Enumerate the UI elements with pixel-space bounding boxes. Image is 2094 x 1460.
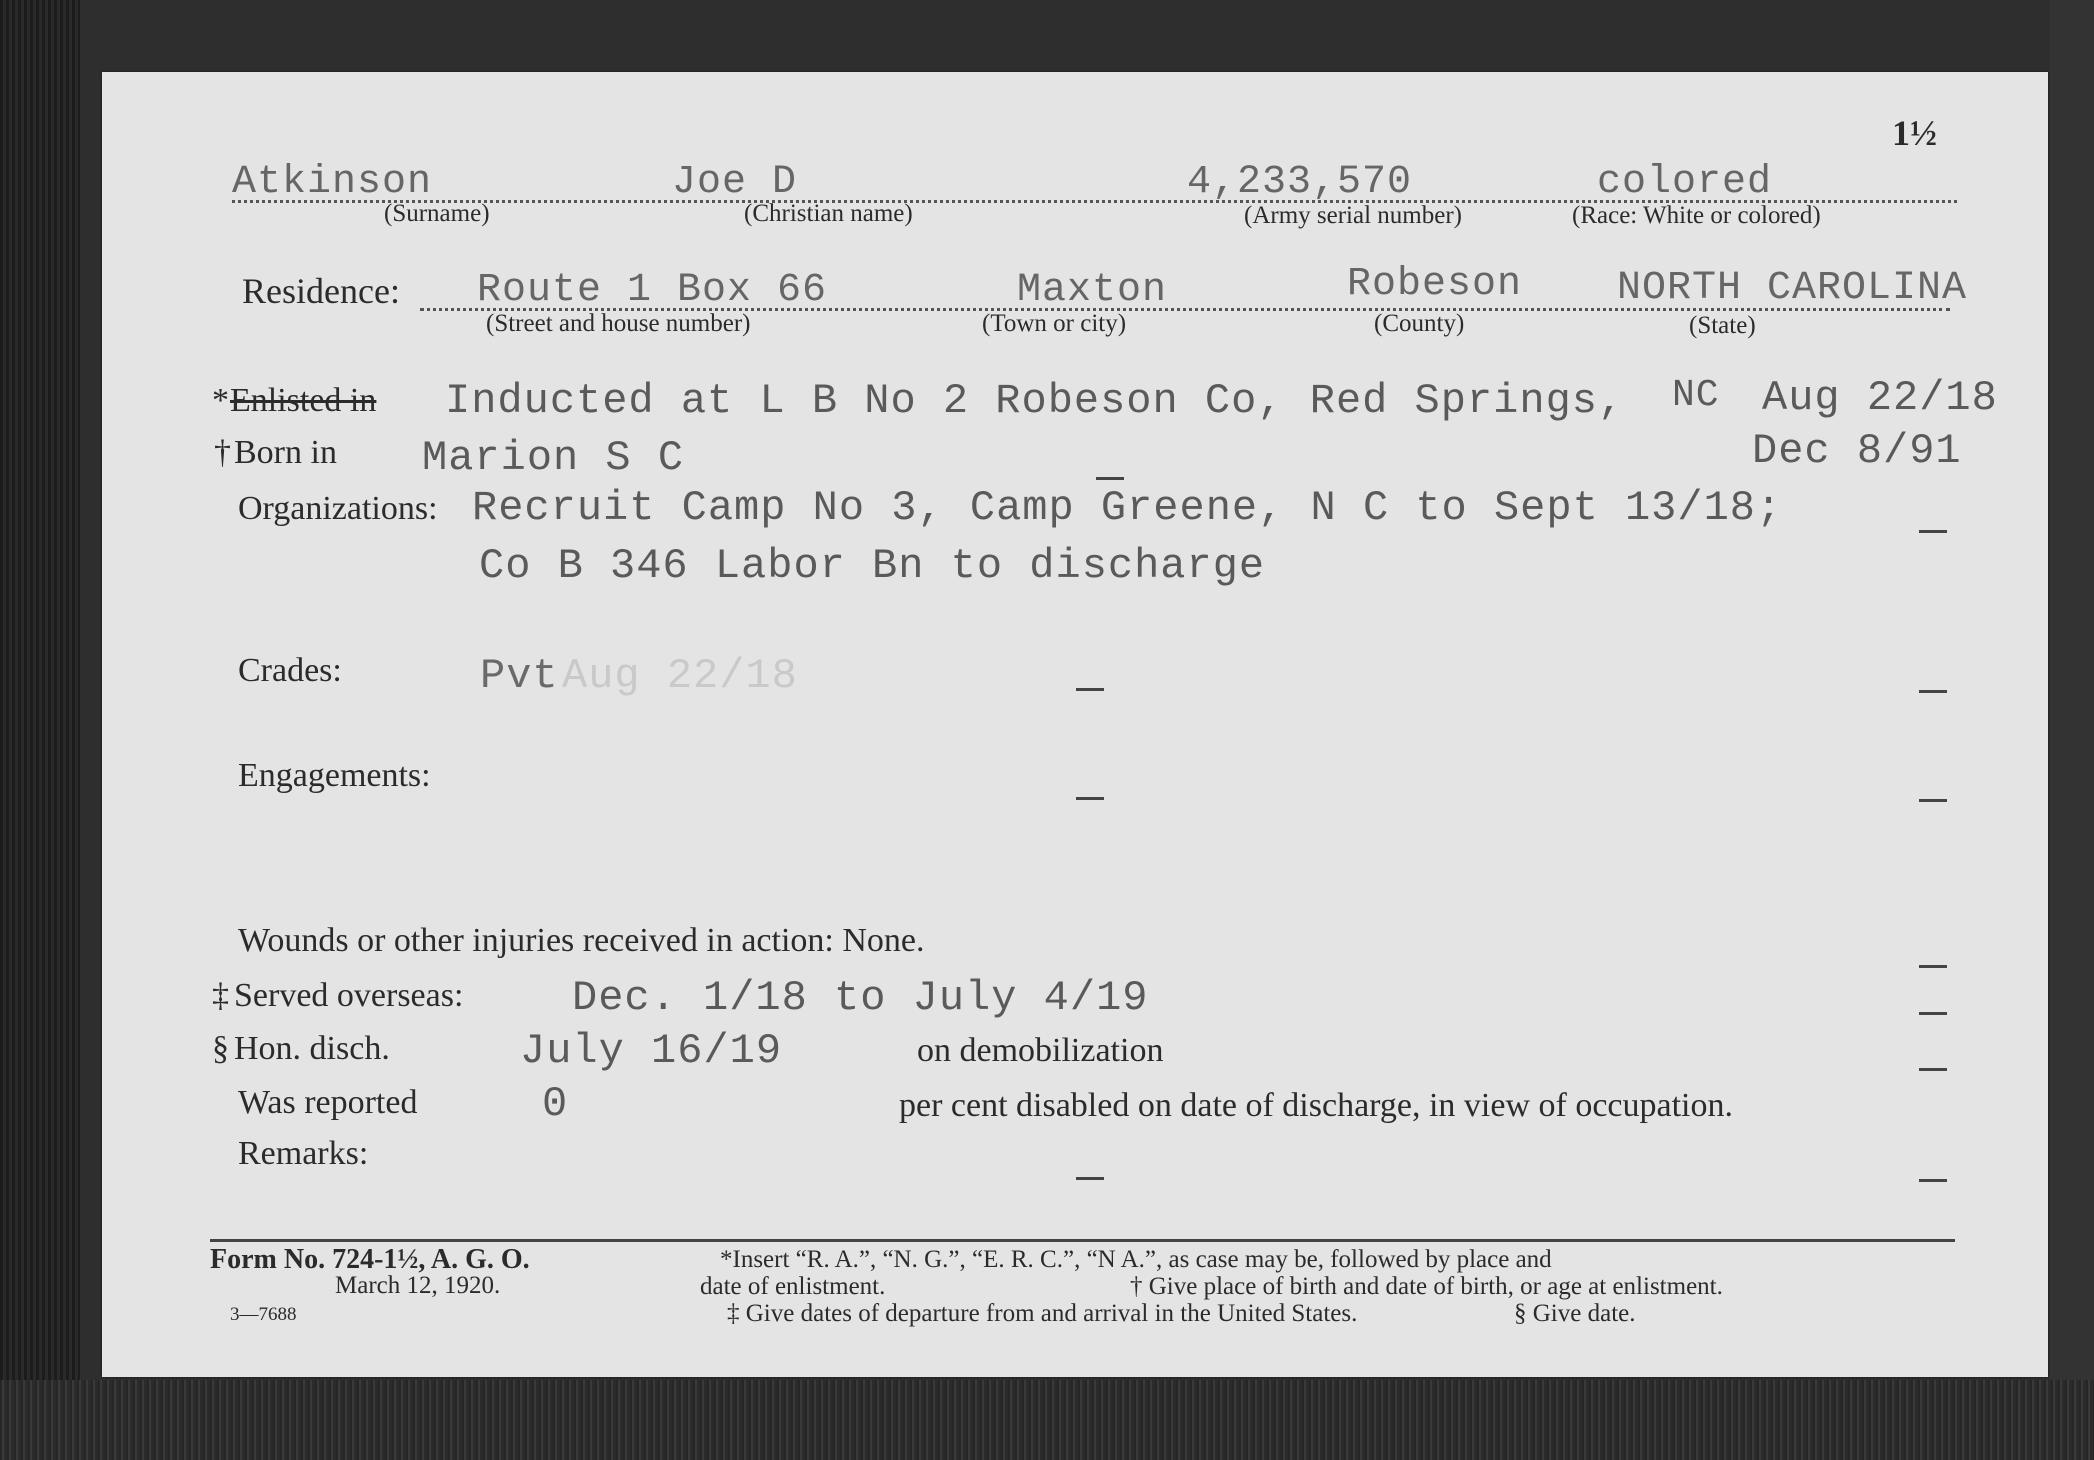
overseas-label: Served overseas:	[234, 977, 463, 1015]
overseas-marker: ‡	[212, 977, 229, 1015]
footnote-double-dagger: ‡ Give dates of departure from and arriv…	[727, 1300, 1357, 1328]
born-marker: †	[214, 434, 231, 472]
grades-middle-dash	[1076, 688, 1104, 691]
enlisted-value: Inducted at L B No 2 Robeson Co, Red Spr…	[445, 377, 1624, 425]
town-value: Maxton	[1017, 268, 1167, 313]
born-label: Born in	[234, 434, 337, 472]
race-value: colored	[1597, 160, 1772, 205]
discharge-label: Hon. disch.	[234, 1030, 390, 1068]
grades-faded-date: Aug 22/18	[562, 652, 798, 700]
engagements-right-dash	[1919, 799, 1947, 802]
enlisted-marker: *	[212, 382, 229, 420]
street-value: Route 1 Box 66	[477, 268, 827, 313]
serial-number-caption: (Army serial number)	[1244, 202, 1462, 230]
scan-border-left	[0, 0, 80, 1460]
organizations-right-dash	[1919, 530, 1947, 533]
footer-rule	[210, 1239, 1955, 1242]
scan-border-right	[2050, 0, 2094, 1460]
county-value: Robeson	[1347, 262, 1522, 307]
footnote-star-continued: date of enlistment.	[700, 1273, 885, 1301]
remarks-middle-dash	[1076, 1177, 1104, 1180]
christian-name-caption: (Christian name)	[744, 200, 913, 228]
overseas-value: Dec. 1/18 to July 4/19	[572, 974, 1149, 1022]
overseas-right-dash	[1919, 1012, 1947, 1015]
footnote-section: § Give date.	[1514, 1300, 1635, 1328]
born-date: Dec 8/91	[1752, 427, 1962, 475]
card-number: 1½	[1892, 112, 1937, 154]
state-value: NORTH CAROLINA	[1617, 266, 1967, 311]
remarks-label: Remarks:	[238, 1135, 368, 1173]
born-place: Marion S C	[422, 434, 684, 482]
discharge-reason: on demobilization	[917, 1032, 1163, 1070]
surname-value: Atkinson	[232, 160, 432, 205]
enlisted-label-struck: Enlisted in	[230, 382, 376, 420]
disability-text: per cent disabled on date of discharge, …	[899, 1087, 1733, 1125]
footnote-star: *Insert “R. A.”, “N. G.”, “E. R. C.”, “N…	[720, 1246, 1552, 1274]
organizations-line-1: Recruit Camp No 3, Camp Greene, N C to S…	[472, 484, 1782, 532]
organizations-label: Organizations:	[238, 490, 438, 528]
remarks-right-dash	[1919, 1179, 1947, 1182]
engagements-middle-dash	[1076, 797, 1104, 800]
enlisted-state: NC	[1672, 374, 1720, 417]
grades-right-dash	[1919, 690, 1947, 693]
form-date: March 12, 1920.	[335, 1272, 500, 1300]
print-code: 3—7688	[230, 1304, 297, 1326]
organizations-line-2: Co B 346 Labor Bn to discharge	[479, 542, 1265, 590]
street-caption: (Street and house number)	[486, 310, 751, 338]
footnote-dagger: † Give place of birth and date of birth,…	[1130, 1273, 1723, 1301]
grades-value: Pvt	[480, 652, 559, 700]
town-caption: (Town or city)	[982, 310, 1126, 338]
surname-caption: (Surname)	[384, 200, 490, 228]
engagements-label: Engagements:	[238, 757, 431, 795]
county-caption: (County)	[1374, 310, 1464, 338]
state-caption: (State)	[1689, 312, 1756, 340]
scan-border-bottom	[0, 1380, 2094, 1460]
wounds-right-dash	[1919, 965, 1947, 968]
discharge-date: July 16/19	[520, 1027, 782, 1075]
disability-label: Was reported	[238, 1084, 417, 1122]
wounds-text: Wounds or other injuries received in act…	[238, 922, 925, 960]
discharge-right-dash	[1919, 1068, 1947, 1071]
disability-value: 0	[542, 1080, 568, 1128]
discharge-marker: §	[212, 1030, 229, 1068]
residence-label: Residence:	[242, 270, 400, 312]
enlisted-date: Aug 22/18	[1762, 374, 1998, 422]
born-middle-dash	[1096, 477, 1124, 480]
serial-number-value: 4,233,570	[1187, 160, 1412, 205]
service-record-card: 1½ Atkinson Joe D 4,233,570 colored (Sur…	[102, 72, 2048, 1377]
christian-name-value: Joe D	[672, 160, 797, 205]
race-caption: (Race: White or colored)	[1572, 202, 1821, 230]
grades-label: Crades:	[238, 652, 342, 690]
